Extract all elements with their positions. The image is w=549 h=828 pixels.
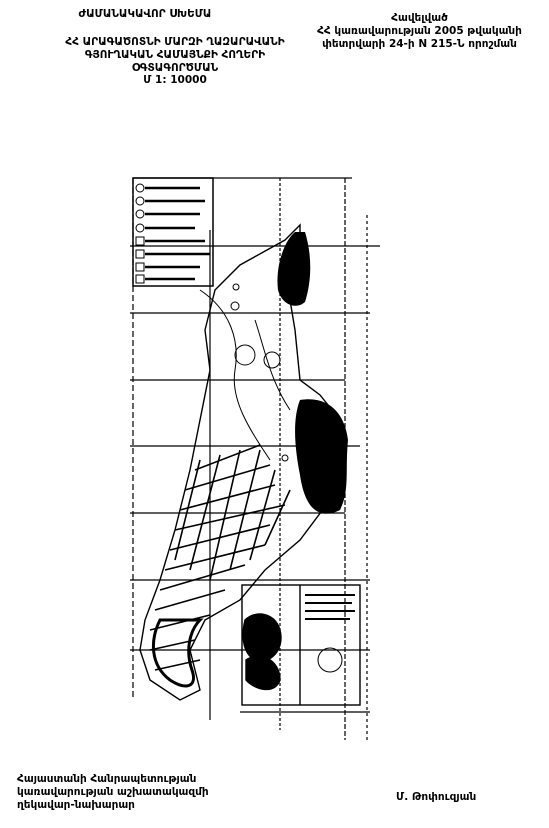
map-subtitle: ՀՀ ԱՐԱԳԱԾՈՏՆԻ ՄԱՐԶԻ ՂԱԶԱՐԱՎԱՆԻ ԳՅՈՒՂԱԿԱՆ…	[30, 36, 320, 75]
signatory-name: Մ. Թոփուզյան	[396, 791, 476, 804]
footer-line: կառավարության աշխատակազմի	[17, 786, 209, 799]
subtitle-line: ԳՅՈՒՂԱԿԱՆ ՀԱՄԱՅՆՔԻ ՀՈՂԵՐԻ	[30, 49, 320, 62]
footer-line: ղեկավար-նախարար	[17, 799, 209, 812]
approval-line: Հավելված	[290, 12, 549, 25]
footer-line: Հայաստանի Հանրապետության	[17, 773, 209, 786]
subtitle-line: ՀՀ ԱՐԱԳԱԾՈՏՆԻ ՄԱՐԶԻ ՂԱԶԱՐԱՎԱՆԻ	[30, 36, 320, 49]
land-use-map	[0, 0, 549, 828]
map-legend	[133, 178, 213, 286]
signatory-title: Հայաստանի Հանրապետության կառավարության ա…	[17, 773, 209, 812]
approval-line: ՀՀ կառավարության 2005 թվականի	[290, 25, 549, 38]
map-scale: Մ 1: 10000	[30, 74, 320, 87]
map-title: ԺԱՄԱՆԱԿԱՎՈՐ ՍԽԵՄԱ	[0, 8, 290, 21]
approval-line: փետրվարի 24-ի N 215-Ն որոշման	[290, 38, 549, 51]
approval-note: Հավելված ՀՀ կառավարության 2005 թվականի փ…	[290, 12, 549, 51]
